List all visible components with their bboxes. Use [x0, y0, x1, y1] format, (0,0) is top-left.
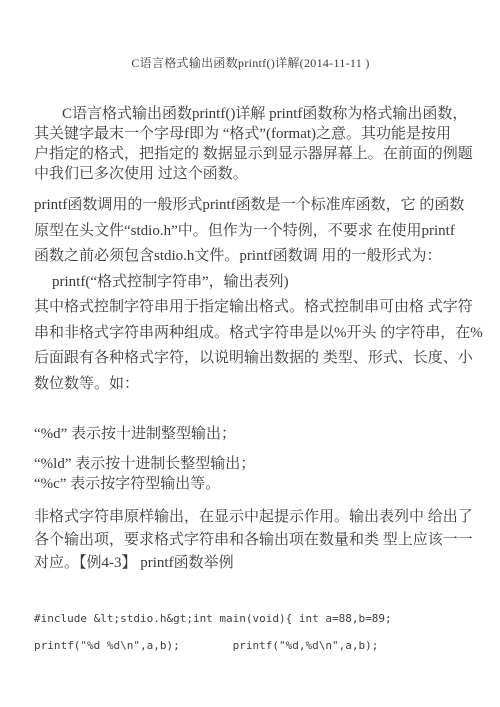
paragraph-line: 户指定的格式，把指定的 数据显示到显示器屏幕上。在前面的例题 — [34, 144, 467, 164]
paragraph-line: 其中格式控制字符串用于指定输出格式。格式控制串可由格 式字符 — [34, 295, 467, 321]
paragraph-line: 其关键字最末一个字母f即为 “格式”(format)之意。其功能是按用 — [34, 124, 467, 144]
document-page: C语言格式输出函数printf()详解(2014-11-11 ) C语言格式输出… — [0, 0, 500, 707]
paragraph-intro: C语言格式输出函数printf()详解 printf函数称为格式输出函数， 其关… — [34, 104, 467, 184]
paragraph-line: 各个输出项，要求格式字符串和各输出项在数量和类 型上应该一一 — [34, 529, 467, 552]
paragraph-line: 串和非格式字符串两种组成。格式字符串是以%开头 的字符串，在% — [34, 321, 467, 347]
paragraph-line: 数位数等。如： — [34, 372, 467, 398]
paragraph-line: C语言格式输出函数printf()详解 printf函数称为格式输出函数， — [34, 104, 467, 124]
printf-syntax-line: printf(“格式控制字符串”，输出表列) — [34, 270, 467, 296]
code-line-include: #include &lt;stdio.h&gt;int main(void){ … — [34, 612, 467, 625]
paragraph-line: 函数之前必须包含stdio.h文件。printf函数调 用的一般形式为： — [34, 244, 467, 270]
paragraph-call-form: printf函数调用的一般形式printf函数是一个标准库函数，它 的函数 原型… — [34, 193, 467, 270]
document-title: C语言格式输出函数printf()详解(2014-11-11 ) — [34, 54, 467, 71]
code-line-printf: printf("%d %d\n",a,b); printf("%d,%d\n",… — [34, 639, 467, 652]
paragraph-format-control: 其中格式控制字符串用于指定输出格式。格式控制串可由格 式字符 串和非格式字符串两… — [34, 295, 467, 397]
paragraph-output-list: 非格式字符串原样输出，在显示中起提示作用。输出表列中 给出了 各个输出项，要求格… — [34, 506, 467, 575]
paragraph-line: 对应。【例4-3】 printf函数举例 — [34, 552, 467, 575]
format-example-ld: “%ld” 表示按十进制长整型输出； — [34, 454, 467, 474]
paragraph-line: printf函数调用的一般形式printf函数是一个标准库函数，它 的函数 — [34, 193, 467, 219]
paragraph-line: 中我们已多次使用 过这个函数。 — [34, 164, 467, 184]
paragraph-line: 非格式字符串原样输出，在显示中起提示作用。输出表列中 给出了 — [34, 506, 467, 529]
paragraph-line: 后面跟有各种格式字符，以说明输出数据的 类型、形式、长度、小 — [34, 346, 467, 372]
format-example-c: “%c” 表示按字符型输出等。 — [34, 474, 467, 494]
paragraph-line: 原型在头文件“stdio.h”中。但作为一个特例，不要求 在使用printf — [34, 219, 467, 245]
format-example-d: “%d” 表示按十进制整型输出； — [34, 424, 467, 444]
